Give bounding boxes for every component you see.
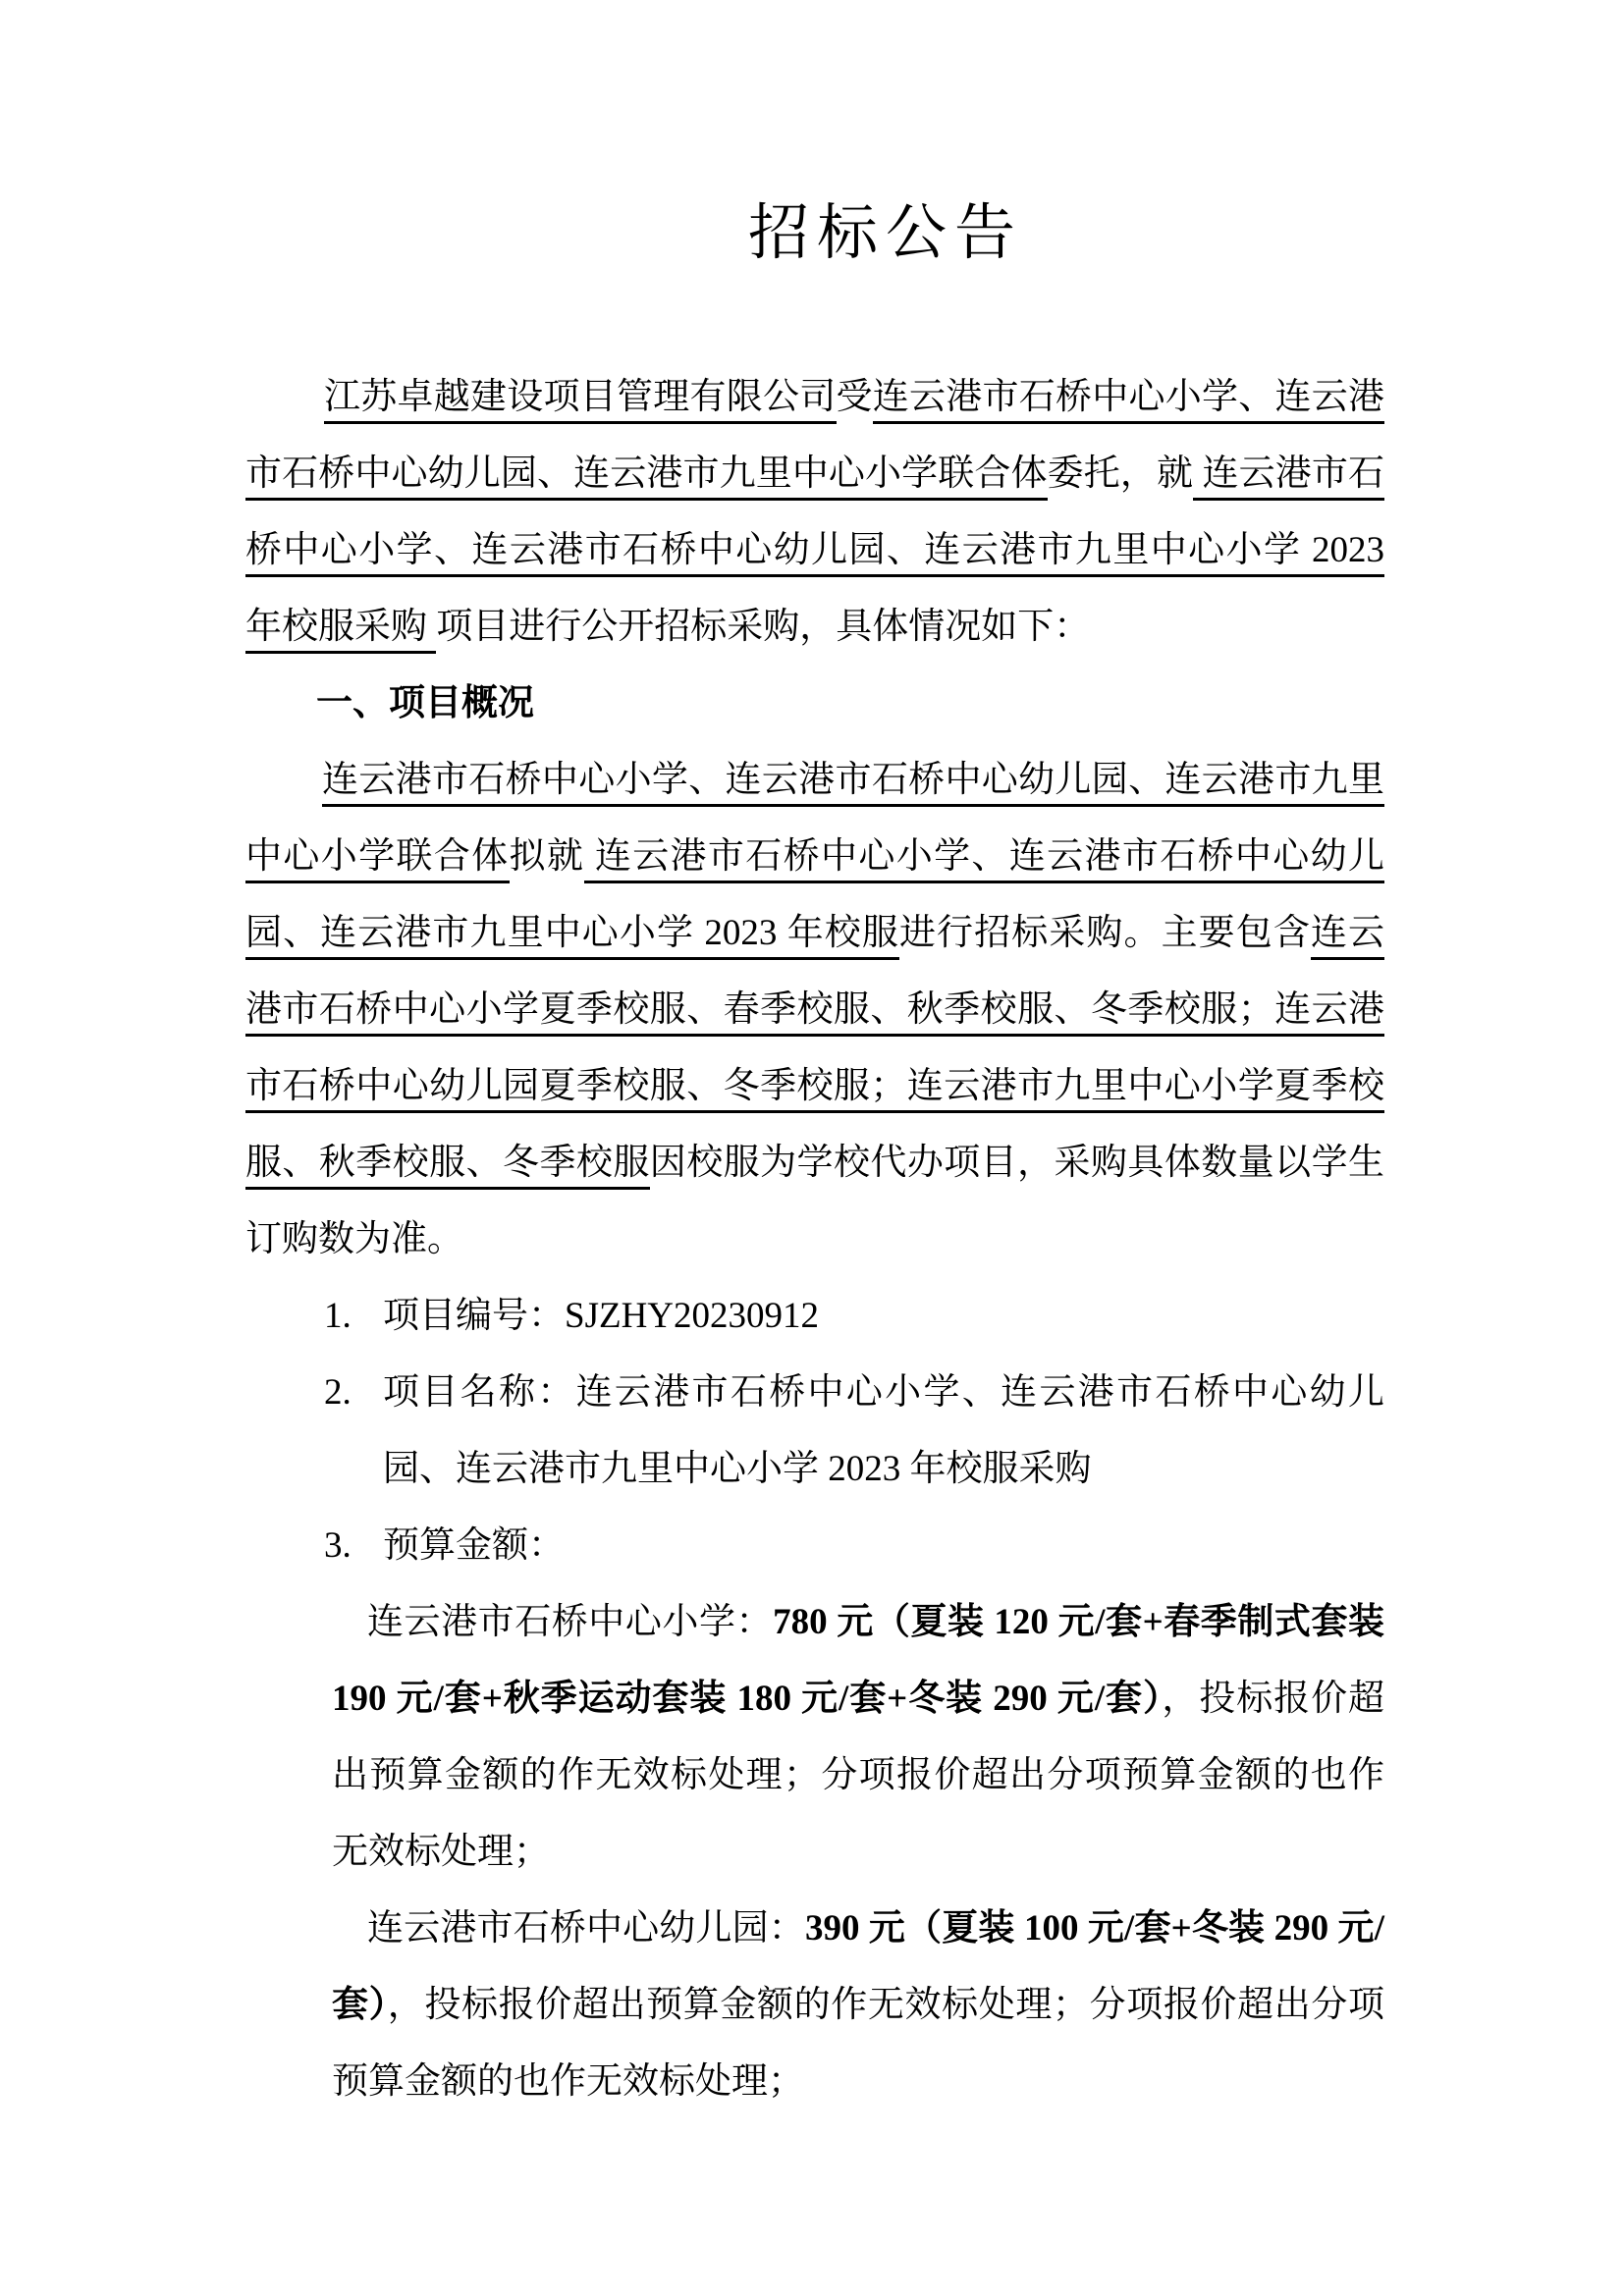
item-text-budget: 预算金额： bbox=[383, 1508, 1384, 1584]
text-segment: 委托，就 bbox=[1048, 454, 1193, 494]
item-text-project-name: 项目名称：连云港市石桥中心小学、连云港市石桥中心幼儿园、连云港市九里中心小学 2… bbox=[383, 1355, 1384, 1508]
overview-paragraph: 连云港市石桥中心小学、连云港市石桥中心幼儿园、连云港市九里中心小学联合体拟就 连… bbox=[245, 742, 1384, 1278]
text-segment: 进行招标采购。主要包含 bbox=[899, 913, 1311, 953]
text-segment: 拟就 bbox=[510, 836, 585, 877]
budget-terms: ，投标报价超出预算金额的作无效标处理；分项报价超出分项预算金额的也作无效标处理； bbox=[332, 1985, 1384, 2102]
budget-paragraph-kindergarten: 连云港市石桥中心幼儿园：390 元（夏装 100 元/套+冬装 290 元/套）… bbox=[332, 1891, 1384, 2120]
item-number: 2. bbox=[324, 1355, 383, 1508]
list-item-project-name: 2. 项目名称：连云港市石桥中心小学、连云港市石桥中心幼儿园、连云港市九里中心小… bbox=[324, 1355, 1384, 1508]
item-text-project-number: 项目编号：SJZHY20230912 bbox=[383, 1278, 1384, 1355]
budget-paragraph-primary-school: 连云港市石桥中心小学：780 元（夏装 120 元/套+春季制式套装 190 元… bbox=[332, 1584, 1384, 1891]
document-title: 招标公告 bbox=[74, 0, 1624, 273]
section-heading-project-overview: 一、项目概况 bbox=[245, 666, 1384, 742]
list-item-budget: 3. 预算金额： bbox=[324, 1508, 1384, 1584]
item-number: 1. bbox=[324, 1278, 383, 1355]
document-body: 江苏卓越建设项目管理有限公司受连云港市石桥中心小学、连云港市石桥中心幼儿园、连云… bbox=[245, 359, 1384, 2120]
underline-segment-agency: 江苏卓越建设项目管理有限公司 bbox=[324, 377, 837, 424]
item-number: 3. bbox=[324, 1508, 383, 1584]
list-item-project-number: 1. 项目编号：SJZHY20230912 bbox=[324, 1278, 1384, 1355]
school-name: 连云港市石桥中心小学： bbox=[367, 1602, 773, 1642]
document-page: 招标公告 江苏卓越建设项目管理有限公司受连云港市石桥中心小学、连云港市石桥中心幼… bbox=[0, 0, 1624, 2296]
school-name: 连云港市石桥中心幼儿园： bbox=[367, 1908, 805, 1949]
text-segment: 受 bbox=[837, 377, 873, 417]
ordered-list: 1. 项目编号：SJZHY20230912 2. 项目名称：连云港市石桥中心小学… bbox=[245, 1278, 1384, 1584]
intro-paragraph: 江苏卓越建设项目管理有限公司受连云港市石桥中心小学、连云港市石桥中心幼儿园、连云… bbox=[245, 359, 1384, 666]
text-segment: 项目进行公开招标采购，具体情况如下： bbox=[436, 607, 1090, 647]
